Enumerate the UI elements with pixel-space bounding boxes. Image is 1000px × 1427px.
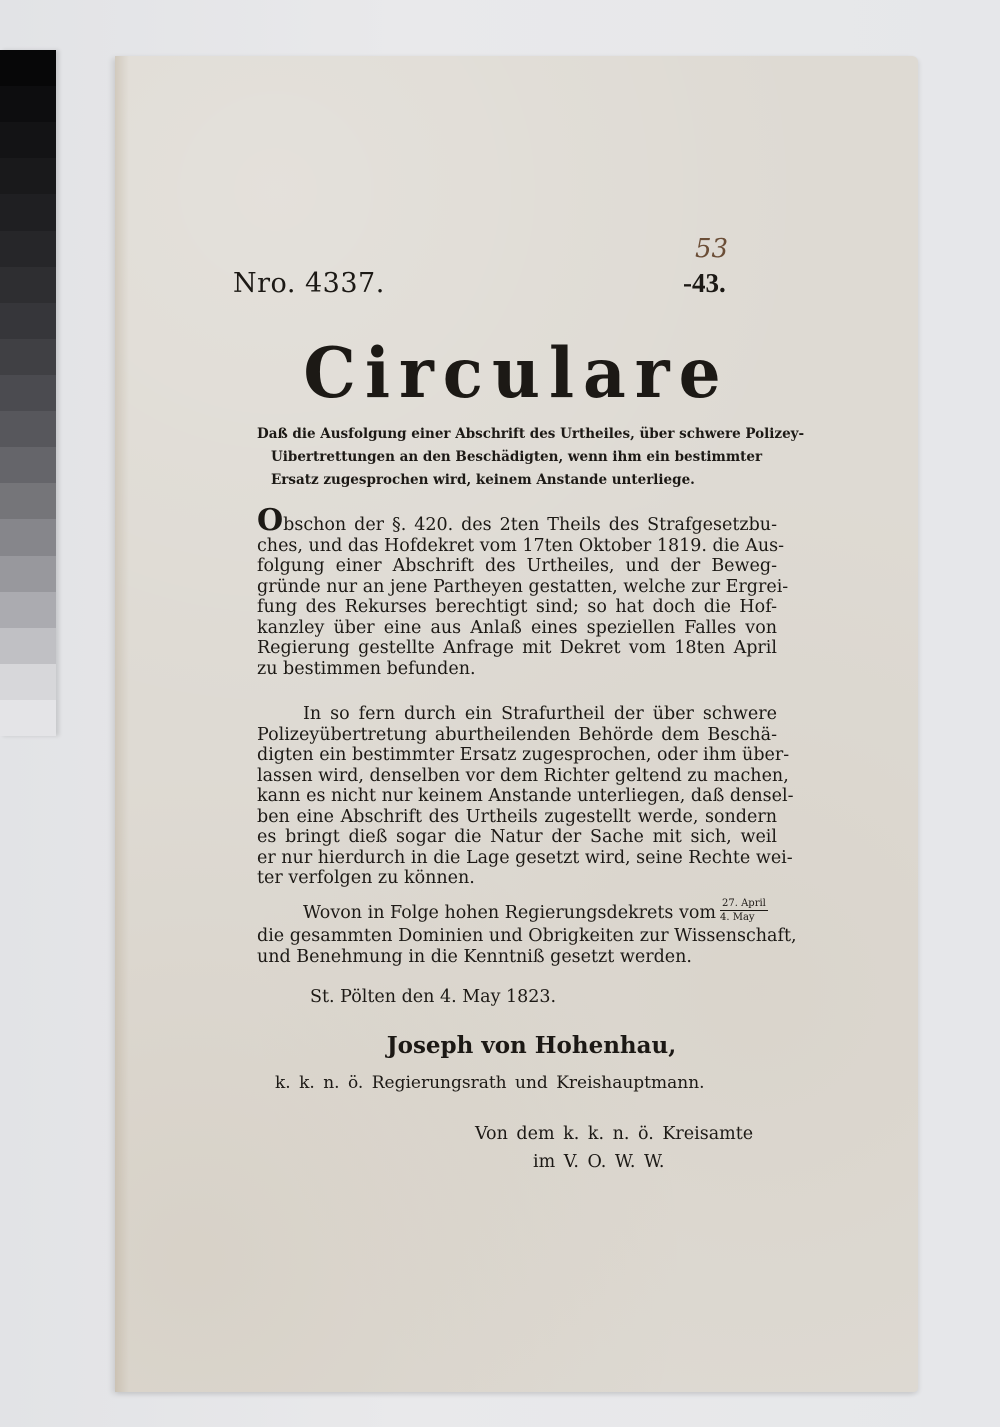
gray-step <box>0 447 56 483</box>
document-number: Nro. 4337. <box>233 268 385 299</box>
paragraph-line: ches, und das Hofdekret vom 17ten Oktobe… <box>257 536 777 557</box>
gray-step <box>0 700 56 736</box>
paragraph-line: ben eine Abschrift des Urtheils zugestel… <box>257 807 777 828</box>
paragraph-line-text: Wovon in Folge hohen Regierungsdekrets v… <box>303 903 716 923</box>
paragraph-2: In so fern durch ein Strafurtheil der üb… <box>257 704 777 889</box>
paragraph-line-text: bschon der §. 420. des 2ten Theils des S… <box>283 515 777 535</box>
signer-name: Joseph von Hohenhau, <box>115 1032 918 1059</box>
gray-step <box>0 556 56 592</box>
gray-step <box>0 158 56 194</box>
gray-step <box>0 303 56 339</box>
paragraph-line: In so fern durch ein Strafurtheil der üb… <box>257 704 777 725</box>
paragraph-line: folgung einer Abschrift des Urtheiles, u… <box>257 556 777 577</box>
gray-step <box>0 519 56 555</box>
document-title: Circulare <box>115 332 918 414</box>
paragraph-line: er nur hierdurch in die Lage gesetzt wir… <box>257 848 777 869</box>
paragraph-1: Obschon der §. 420. des 2ten Theils des … <box>257 511 777 679</box>
paragraph-line: kann es nicht nur keinem Anstande unterl… <box>257 786 777 807</box>
issuing-office-line: Von dem k. k. n. ö. Kreisamte <box>475 1124 753 1144</box>
gray-step <box>0 231 56 267</box>
gray-step <box>0 267 56 303</box>
paragraph-3: Wovon in Folge hohen Regierungsdekrets v… <box>257 901 777 967</box>
document-subtitle: Daß die Ausfolgung einer Abschrift des U… <box>257 423 777 492</box>
paragraph-line: digten ein bestimmter Ersatz zugesproche… <box>257 745 777 766</box>
paragraph-line: und Benehmung in die Kenntniß gesetzt we… <box>257 947 777 968</box>
paragraph-line: Regierung gestellte Anfrage mit Dekret v… <box>257 638 777 659</box>
gray-step <box>0 50 56 86</box>
gray-step <box>0 592 56 628</box>
paragraph-line: Wovon in Folge hohen Regierungsdekrets v… <box>257 901 777 926</box>
paragraph-line: Polizeyübertretung aburtheilenden Behörd… <box>257 725 777 746</box>
paragraph-line: ter verfolgen zu können. <box>257 868 777 889</box>
gray-step <box>0 375 56 411</box>
gray-step <box>0 411 56 447</box>
signer-title: k. k. n. ö. Regierungsrath und Kreishaup… <box>275 1073 705 1093</box>
paragraph-line: Obschon der §. 420. des 2ten Theils des … <box>257 511 777 536</box>
gray-step <box>0 122 56 158</box>
place-and-date: St. Pölten den 4. May 1823. <box>310 987 556 1007</box>
gray-step <box>0 86 56 122</box>
paragraph-line: kanzley über eine aus Anlaß eines spezie… <box>257 618 777 639</box>
page-number: -43. <box>683 268 726 299</box>
gray-step <box>0 194 56 230</box>
paragraph-line: gründe nur an jene Partheyen gestatten, … <box>257 577 777 598</box>
gray-step <box>0 339 56 375</box>
drop-cap: O <box>257 503 283 538</box>
paragraph-line: zu bestimmen befunden. <box>257 659 777 680</box>
gray-step <box>0 483 56 519</box>
subtitle-line: Uibertrettungen an den Beschädigten, wen… <box>257 446 777 469</box>
paragraph-line: die gesammten Dominien und Obrigkeiten z… <box>257 926 777 947</box>
fraction-numerator: 27. April <box>720 898 768 911</box>
subtitle-line: Daß die Ausfolgung einer Abschrift des U… <box>257 423 777 446</box>
paragraph-line: fung des Rekurses berechtigt sind; so ha… <box>257 597 777 618</box>
document-sheet: 53 Nro. 4337. -43. Circulare Daß die Aus… <box>115 56 918 1392</box>
gray-step <box>0 628 56 664</box>
handwritten-folio-note: 53 <box>695 234 728 264</box>
fraction-denominator: 4. May <box>720 911 768 923</box>
gray-step <box>0 664 56 700</box>
subtitle-line: Ersatz zugesprochen wird, keinem Anstand… <box>257 469 777 492</box>
grayscale-calibration-strip <box>0 50 56 736</box>
paragraph-line: lassen wird, denselben vor dem Richter g… <box>257 766 777 787</box>
decree-date-fraction: 27. April4. May <box>720 898 768 923</box>
paragraph-line: es bringt dieß sogar die Natur der Sache… <box>257 827 777 848</box>
issuing-office-line: im V. O. W. W. <box>533 1152 664 1172</box>
